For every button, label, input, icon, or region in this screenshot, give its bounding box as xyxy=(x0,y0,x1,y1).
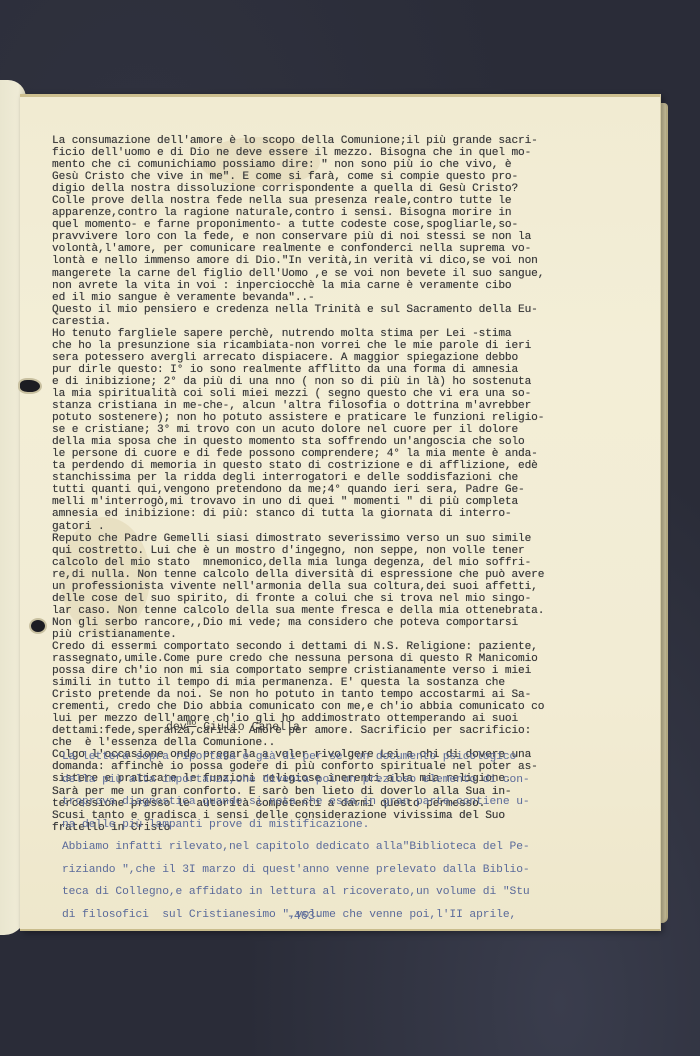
page-number: -463- xyxy=(287,910,322,923)
letter-line: dettami:fede,speranza,carità. Amore per … xyxy=(52,725,652,737)
punch-hole xyxy=(31,620,45,632)
letter-line: un professionista vivente nell'armonia d… xyxy=(52,581,652,593)
letter-line: se e cristiane; 3° mi trovo con un acuto… xyxy=(52,424,652,436)
letter-line: lar caso. Non tenne calcolo della sua me… xyxy=(52,605,652,617)
letter-line: Questo il mio pensiero e credenza nella … xyxy=(52,304,652,316)
letter-line: volontà,l'amore, per comunicare realment… xyxy=(52,243,652,255)
letter-line: apparenze,contro la ragione naturale,con… xyxy=(52,207,652,219)
letter-line: Cristo pretende da noi. Se non ho potuto… xyxy=(52,689,652,701)
commentary-line: na delle più lampanti prove di mistifica… xyxy=(62,814,652,837)
letter-line: ta perdendo di memoria in questo stato d… xyxy=(52,460,652,472)
letter-line: le persone di cuore e di fede possono co… xyxy=(52,448,652,460)
letter-line: re,di nulla. Non tenne calcolo della div… xyxy=(52,569,652,581)
letter-line: qui costretto. Lui che è un mostro d'ing… xyxy=(52,545,652,557)
letter-line: lui per mezzo dell'amore ch'io gli ho ad… xyxy=(52,713,652,725)
letter-line: Ho tenuto fargliele sapere perchè, nutre… xyxy=(52,328,652,340)
letter-line: della mia sposa che in questo momento st… xyxy=(52,436,652,448)
commentary-line: di filosofici sul Cristianesimo ",volume… xyxy=(62,904,652,927)
letter-line: delle cose del suo spirito, di fronte a … xyxy=(52,593,652,605)
letter-line: amnesia ed inibizione: di più: stanco di… xyxy=(52,508,652,520)
letter-line: possa dire ch'io non mi sia comportato s… xyxy=(52,665,652,677)
letter-line: non avrete la vita in voi : inperciocchè… xyxy=(52,280,652,292)
typed-letter: La consumazione dell'amore è lo scopo de… xyxy=(52,135,652,834)
letter-line: La consumazione dell'amore è lo scopo de… xyxy=(52,135,652,147)
letter-line: sera potessero avergli arrecato dispiace… xyxy=(52,352,652,364)
letter-line: calcolo del mio stato mnemonico,della mi… xyxy=(52,557,652,569)
signature-line: devmo Giulio Canella xyxy=(166,719,300,734)
letter-line: più cristianamente. xyxy=(52,629,652,641)
commentary-line: troprova diagnostica quando si nota che … xyxy=(62,791,652,814)
signature-superscript: mo xyxy=(187,719,197,728)
letter-line: tutti quanti qui,vengono pretendono da m… xyxy=(52,484,652,496)
letter-line: pravvivere loro con la fede, e non conse… xyxy=(52,231,652,243)
letter-line: e di inibizione; 2° da più di una nno ( … xyxy=(52,376,652,388)
punch-hole xyxy=(20,380,40,392)
letter-line: pur dirle questo: I° io sono realmente a… xyxy=(52,364,652,376)
commentary-line: Abbiamo infatti rilevato,nel capitolo de… xyxy=(62,836,652,859)
letter-line: la mia spiritualità coi soli miei mezzi … xyxy=(52,388,652,400)
letter-line: gatori . xyxy=(52,521,652,533)
letter-line: melli m'interrogò,mi trovavo in uno di q… xyxy=(52,496,652,508)
letter-line: simili in tutto il tempo di mia permanen… xyxy=(52,677,652,689)
commentary-line: della più alta importanza,che diventa po… xyxy=(62,769,652,792)
letter-line: potuto sostenere); non ho potuto assiste… xyxy=(52,412,652,424)
letter-line: Colle prove della nostra fede nella sua … xyxy=(52,195,652,207)
letter-line: ficio dell'uomo e di Dio ne deve essere … xyxy=(52,147,652,159)
letter-line: carestia. xyxy=(52,316,652,328)
letter-line: Reputo che Padre Gemelli siasi dimostrat… xyxy=(52,533,652,545)
letter-line: Gesù Cristo che vive in me". E come si f… xyxy=(52,171,652,183)
commentary-line: riziando ",che il 3I marzo di quest'anno… xyxy=(62,859,652,882)
letter-line: rassegnato,umile.Come pure credo che nes… xyxy=(52,653,652,665)
letter-line: stanza cristiana in me-che-, alcun 'altr… xyxy=(52,400,652,412)
letter-line: stanchissima per la ridda degli interrog… xyxy=(52,472,652,484)
commentary-line: La lettera sopra riportata è già di per … xyxy=(62,746,652,769)
letter-line: Non gli serbo rancore,,Dio mi vede; ma c… xyxy=(52,617,652,629)
letter-line: Credo di essermi comportato secondo i de… xyxy=(52,641,652,653)
signature-name: Giulio Canella xyxy=(203,721,300,734)
letter-line: che ho la presunzione sia ricambiata-non… xyxy=(52,340,652,352)
commentary-line: teca di Collegno,e affidato in lettura a… xyxy=(62,881,652,904)
letter-line: mento che ci comunichiamo possiamo dire:… xyxy=(52,159,652,171)
letter-line: quel momento- e farne proponimento- a tu… xyxy=(52,219,652,231)
letter-line: lontà e nello immenso amore di Dio."In v… xyxy=(52,255,652,267)
blue-commentary: La lettera sopra riportata è già di per … xyxy=(62,746,652,926)
letter-line: digio della nostra dissoluzione corrispo… xyxy=(52,183,652,195)
letter-line: ed il mio sangue è veramente bevanda"..- xyxy=(52,292,652,304)
letter-line: mangerete la carne del figlio dell'Uomo … xyxy=(52,268,652,280)
letter-line: crementi, credo che Dio abbia comunicato… xyxy=(52,701,652,713)
signature-prefix: dev xyxy=(166,721,187,734)
